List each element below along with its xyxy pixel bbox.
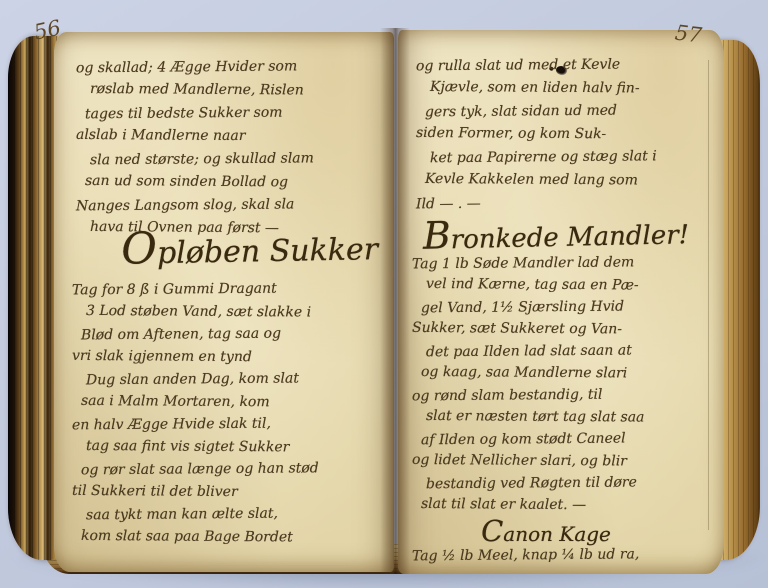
handwritten-line: kom slat saa paa Bage Bordet <box>81 524 388 549</box>
handwritten-line: Dug slan anden Dag, kom slat <box>86 367 388 392</box>
manuscript-book: 56 57 og skallad; 4 Ægge Hvider som røsl… <box>8 12 760 576</box>
handwritten-line: Blød om Aftenen, tag saa og <box>81 322 388 347</box>
handwritten-line: alslab i Mandlerne naar <box>76 124 386 149</box>
handwritten-line: og rønd slam bestandig, til <box>412 383 720 408</box>
handwritten-line: og kaag, saa Mandlerne slari <box>421 361 720 385</box>
handwritten-line: tages til bedste Sukker som <box>85 101 386 127</box>
handwritten-line: en halv Ægge Hvide slak til, <box>72 412 388 437</box>
photo-background: 56 57 og skallad; 4 Ægge Hvider som røsl… <box>0 0 768 588</box>
book-gutter-shadow <box>380 28 410 574</box>
handwritten-line: Nanges Langsom slog, skal sla <box>76 193 386 219</box>
right-page-last-paragraph: Tag ½ lb Meel, knap ¼ lb ud ra, <box>412 544 720 566</box>
handwritten-line: og rulla slat ud med et Kevle <box>416 53 718 79</box>
handwritten-line: gel Vand, 1½ Sjærsling Hvid <box>421 295 720 320</box>
handwritten-line: ket paa Papirerne og stæg slat i <box>430 145 718 171</box>
handwritten-line: 3 Lod støben Vand, sæt slakke i <box>86 299 388 324</box>
handwritten-line: slat er næsten tørt tag slat saa <box>426 405 720 429</box>
handwritten-line: sla ned største; og skullad slam <box>90 147 386 173</box>
handwritten-line: og rør slat saa længe og han stød <box>81 457 388 482</box>
handwritten-line: san ud som sinden Bollad og <box>85 170 386 195</box>
right-page-top-paragraph: og rulla slat ud med et Kevle Kjævle, so… <box>416 54 718 215</box>
handwritten-line: Sukker, sæt Sukkeret og Van- <box>412 317 720 341</box>
handwritten-line: og lidet Nellicher slari, og blir <box>412 449 720 473</box>
page-number-right: 57 <box>674 20 703 47</box>
handwritten-line: Tag ½ lb Meel, knap ¼ lb ud ra, <box>412 543 720 568</box>
handwritten-line: gers tyk, slat sidan ud med <box>425 99 718 125</box>
handwritten-line: slat til slat er kaalet. — <box>421 493 720 517</box>
right-page: og rulla slat ud med et Kevle Kjævle, so… <box>398 30 724 574</box>
handwritten-line: saa tykt man kan ælte slat, <box>86 502 388 527</box>
handwritten-line: Tag for 8 ß i Gummi Dragant <box>72 277 388 302</box>
handwritten-line: Kevle Kakkelen med lang som <box>425 168 718 193</box>
handwritten-line: og skallad; 4 Ægge Hvider som <box>76 55 386 81</box>
left-page: og skallad; 4 Ægge Hvider som røslab med… <box>54 32 394 572</box>
handwritten-line: røslab med Mandlerne, Rislen <box>90 78 386 103</box>
handwritten-line: til Sukkeri til det bliver <box>72 479 388 504</box>
handwritten-line: Tag 1 lb Søde Mandler lad dem <box>412 251 720 276</box>
handwritten-line: vri slak igjennem en tynd <box>72 344 388 369</box>
handwritten-line: bestandig ved Røgten til døre <box>426 471 720 496</box>
right-page-recipe-paragraph: Tag 1 lb Søde Mandler lad dem vel ind Kæ… <box>412 252 720 516</box>
left-page-recipe-paragraph: Tag for 8 ß i Gummi Dragant 3 Lod støben… <box>72 278 388 548</box>
left-page-top-paragraph: og skallad; 4 Ægge Hvider som røslab med… <box>76 56 386 240</box>
handwritten-line: vel ind Kærne, tag saa en Pæ- <box>426 273 720 297</box>
recipe-heading-oploben-sukker: Opløben Sukker <box>54 225 379 276</box>
handwritten-line: siden Former, og kom Suk- <box>416 122 718 147</box>
handwritten-line: saa i Malm Mortaren, kom <box>81 389 388 414</box>
handwritten-line: Kjævle, som en liden halv fin- <box>430 76 718 101</box>
handwritten-line: tag saa fint vis sigtet Sukker <box>86 434 388 459</box>
handwritten-line: af Ilden og kom stødt Caneel <box>421 427 720 452</box>
handwritten-line: Ild — . — <box>416 191 718 217</box>
handwritten-line: det paa Ilden lad slat saan at <box>426 339 720 364</box>
